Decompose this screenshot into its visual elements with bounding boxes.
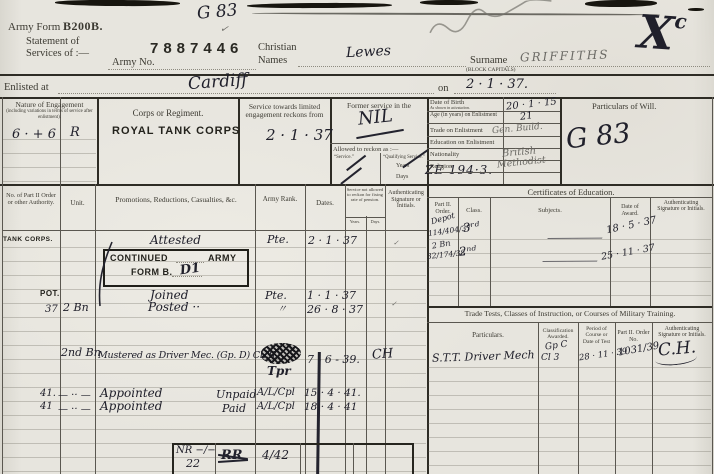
allowed-reckon-label: Allowed to reckon as :—: [333, 146, 398, 153]
edu-row-class: 3ʳᵈ: [462, 220, 480, 236]
row-auth-tick: ✓: [393, 240, 399, 248]
edu-header-class: Class.: [460, 207, 488, 214]
col-header-auth: Authenticating Signature or Initials.: [387, 190, 425, 210]
scan-artifact: [688, 8, 704, 11]
edu-row-subjects: —: [545, 233, 555, 244]
edu-header-auth: Authenticating Signature or Initials.: [652, 200, 710, 213]
pencil-scribble-artifact: [424, 0, 566, 41]
edu-row-class: 2ⁿᵈ: [458, 244, 477, 259]
tt-header-order-no: Part II. Order No.: [617, 330, 650, 343]
row-authority: POT.: [40, 290, 60, 299]
tt-header-period: Period of Course or Date of Test: [580, 326, 613, 345]
rule: [506, 66, 710, 67]
row-authority: 37: [45, 304, 58, 315]
row-unit: — ·· —: [58, 404, 91, 415]
row-rank: 〃: [277, 304, 287, 315]
rule: [712, 97, 713, 474]
col-header-promotions: Promotions, Reductions, Casualties, &c.: [100, 196, 252, 204]
ruled-area: [428, 354, 711, 473]
row-qualifier: Unpaid: [216, 389, 257, 401]
days-label: Days: [396, 174, 408, 181]
continued-hand-note: D1: [179, 262, 201, 279]
tt-header-classification: Classification Awarded.: [540, 328, 576, 341]
nature-engagement-subtitle: (including variations in terms of servic…: [4, 109, 95, 120]
scan-artifact: [55, 0, 180, 6]
row-unit: 2 Bn: [63, 302, 89, 314]
row-rank: A/L/Cpl: [257, 387, 295, 398]
rule: [238, 97, 240, 184]
enlisted-date-value: 2 · 1 · 37.: [466, 78, 528, 93]
corner-x-main: X: [636, 4, 675, 60]
corps-header: Corps or Regiment.: [100, 108, 236, 118]
surname-value: GRIFFITHS: [520, 48, 610, 65]
col-header-dates: Dates.: [307, 200, 343, 208]
bottom-stamp-date: 4/42: [262, 449, 289, 462]
service-col-label: “Service.”: [334, 155, 354, 160]
rule: [427, 306, 712, 308]
row-unit: — ·· —: [58, 390, 91, 401]
nationality-label: Nationality: [430, 151, 459, 158]
row-date: 26 · 8 · 37: [307, 304, 363, 316]
religion-label: Religion: [430, 163, 452, 170]
row-date: 18 · 4 · 41: [304, 402, 357, 414]
christian-names-label2: Names: [258, 55, 287, 67]
army-no-value: 7887446: [150, 41, 243, 58]
g83-annotation-side: G 83: [565, 119, 632, 156]
rule: [58, 93, 434, 94]
trade-tests-title: Trade Tests, Classes of Instruction, or …: [431, 310, 709, 319]
edu-row-dash: —: [539, 256, 601, 268]
service-reckons-header: Service towards limited engagement recko…: [242, 103, 327, 120]
row-event: Appointed: [100, 400, 162, 413]
row-auth-initials: CH: [372, 347, 394, 363]
row-rank: Pte.: [265, 290, 287, 302]
rule: [560, 97, 562, 184]
tt-header-particulars: Particulars.: [440, 332, 536, 340]
row-event: Posted ··: [148, 301, 200, 314]
row-authority: 41.: [40, 388, 56, 399]
tt-header-auth: Authenticating Signature or Initials.: [654, 326, 710, 339]
rule: [427, 172, 560, 173]
row-event: Attested: [150, 234, 201, 247]
trade-label: Trade on Enlistment: [430, 127, 483, 134]
form-title-text: Army Form: [8, 21, 60, 33]
statement-label-line1: Statement of: [26, 36, 79, 48]
enlisted-at-label: Enlisted at: [4, 82, 49, 94]
row-authority: TANK CORPS.: [3, 236, 53, 243]
corner-x-mark: Xc: [636, 6, 687, 61]
rule: [298, 66, 466, 67]
col-subheader-years: Years.: [345, 220, 365, 225]
surname-label: Surname: [470, 55, 507, 67]
scan-artifact: [420, 0, 478, 5]
bottom-stamp-nr: NR −/−: [176, 445, 216, 456]
col-subheader-days: Days.: [366, 220, 385, 225]
rule: [2, 230, 427, 231]
enlisted-place-value: Cardiff: [187, 71, 248, 94]
dob-sublabel: As shown in attestation.: [430, 106, 470, 111]
row-date: 1 · 1 · 37: [307, 290, 356, 302]
nature-engagement-title: Nature of Engagement: [16, 100, 84, 109]
form-title: Army Form B200B.: [8, 20, 103, 33]
row-authority: 41: [40, 401, 53, 412]
rule: [0, 184, 714, 186]
pen-stroke-curve: [90, 240, 120, 308]
edu-header-subjects: Subjects.: [492, 207, 608, 214]
army-no-label: Army No.: [112, 57, 155, 69]
rule: [345, 217, 385, 218]
row-rank: A/L/Cpl: [257, 401, 295, 412]
row-unit: 2nd Bn: [61, 347, 101, 359]
pen-stroke: [340, 167, 361, 184]
rule: [255, 443, 256, 474]
nature-engagement-value2: R: [70, 126, 80, 141]
col-header-unit: Unit.: [62, 200, 93, 208]
row-event: Mustered as Driver Mec. (Gp. D) Cl. II: [98, 351, 275, 362]
will-header: Particulars of Will.: [592, 102, 656, 112]
rule: [97, 97, 99, 184]
education-label: Education on Enlistment: [430, 139, 494, 146]
rule: [427, 148, 560, 149]
rule: [330, 143, 427, 144]
row-date: 15 · 4 · 41.: [304, 388, 361, 400]
enlisted-on-label: on: [438, 83, 449, 95]
statement-label-line2: Services of :—: [26, 48, 89, 60]
rule: [0, 74, 714, 76]
row-qualifier: Paid: [222, 403, 246, 415]
religion-value: Methodist: [497, 155, 547, 171]
continued-stamp-line1b: ARMY: [208, 253, 237, 263]
christian-names-value: Lewes: [346, 44, 392, 62]
row-date: 2 · 1 · 37: [308, 235, 357, 247]
christian-names-label1: Christian: [258, 42, 297, 54]
service-reckons-value: 2 · 1 · 37: [266, 127, 333, 144]
former-service-value: NIL: [357, 106, 394, 130]
row-auth-tick: ✓: [391, 301, 397, 309]
rule: [0, 97, 714, 99]
tt-row-class1: Gp C: [544, 339, 568, 352]
row-rank: Pte.: [267, 234, 289, 246]
row-date: 7 - 6 - 39.: [307, 354, 360, 366]
rule: [427, 322, 712, 323]
col-header-authority: No. of Part II Order or other Authority.: [4, 192, 58, 206]
corner-x-sup: c: [674, 9, 688, 34]
pen-stroke: [356, 129, 404, 139]
rule: [454, 93, 556, 94]
continued-stamp-line2: FORM B.: [131, 267, 173, 277]
army-form-b200b-document: Army Form B200B. Statement of Services o…: [0, 0, 714, 474]
rule: [353, 443, 354, 474]
edu-row-subjects: —: [540, 256, 550, 267]
edu-row-dash: —: [544, 233, 606, 245]
edu-header-date: Date of Award.: [612, 204, 648, 217]
surname-caps-note: (BLOCK CAPITALS): [466, 67, 516, 73]
rule: [380, 153, 381, 184]
tt-row-class2: Cl 3: [541, 353, 559, 363]
col-header-pension: Service not allowed to reckon for fixing…: [346, 187, 384, 202]
age-value: 21: [519, 110, 533, 123]
rule: [300, 443, 301, 474]
check-mark: ✓: [219, 23, 229, 35]
row-rank: Tpr: [267, 365, 291, 378]
bottom-stamp-22: 22: [186, 458, 200, 470]
nature-engagement-header: Nature of Engagement (including variatio…: [4, 101, 95, 120]
age-label: Age (in years) on Enlistment: [430, 112, 502, 118]
col-header-rank: Army Rank.: [259, 196, 301, 204]
rule: [427, 197, 712, 198]
g83-annotation-top: G 83: [196, 1, 238, 23]
form-number: B200B.: [63, 19, 103, 33]
scan-artifact: [247, 3, 392, 9]
nature-engagement-value: 6 · + 6: [12, 128, 56, 143]
corps-stamp-value: ROYAL TANK CORPS: [112, 125, 240, 137]
